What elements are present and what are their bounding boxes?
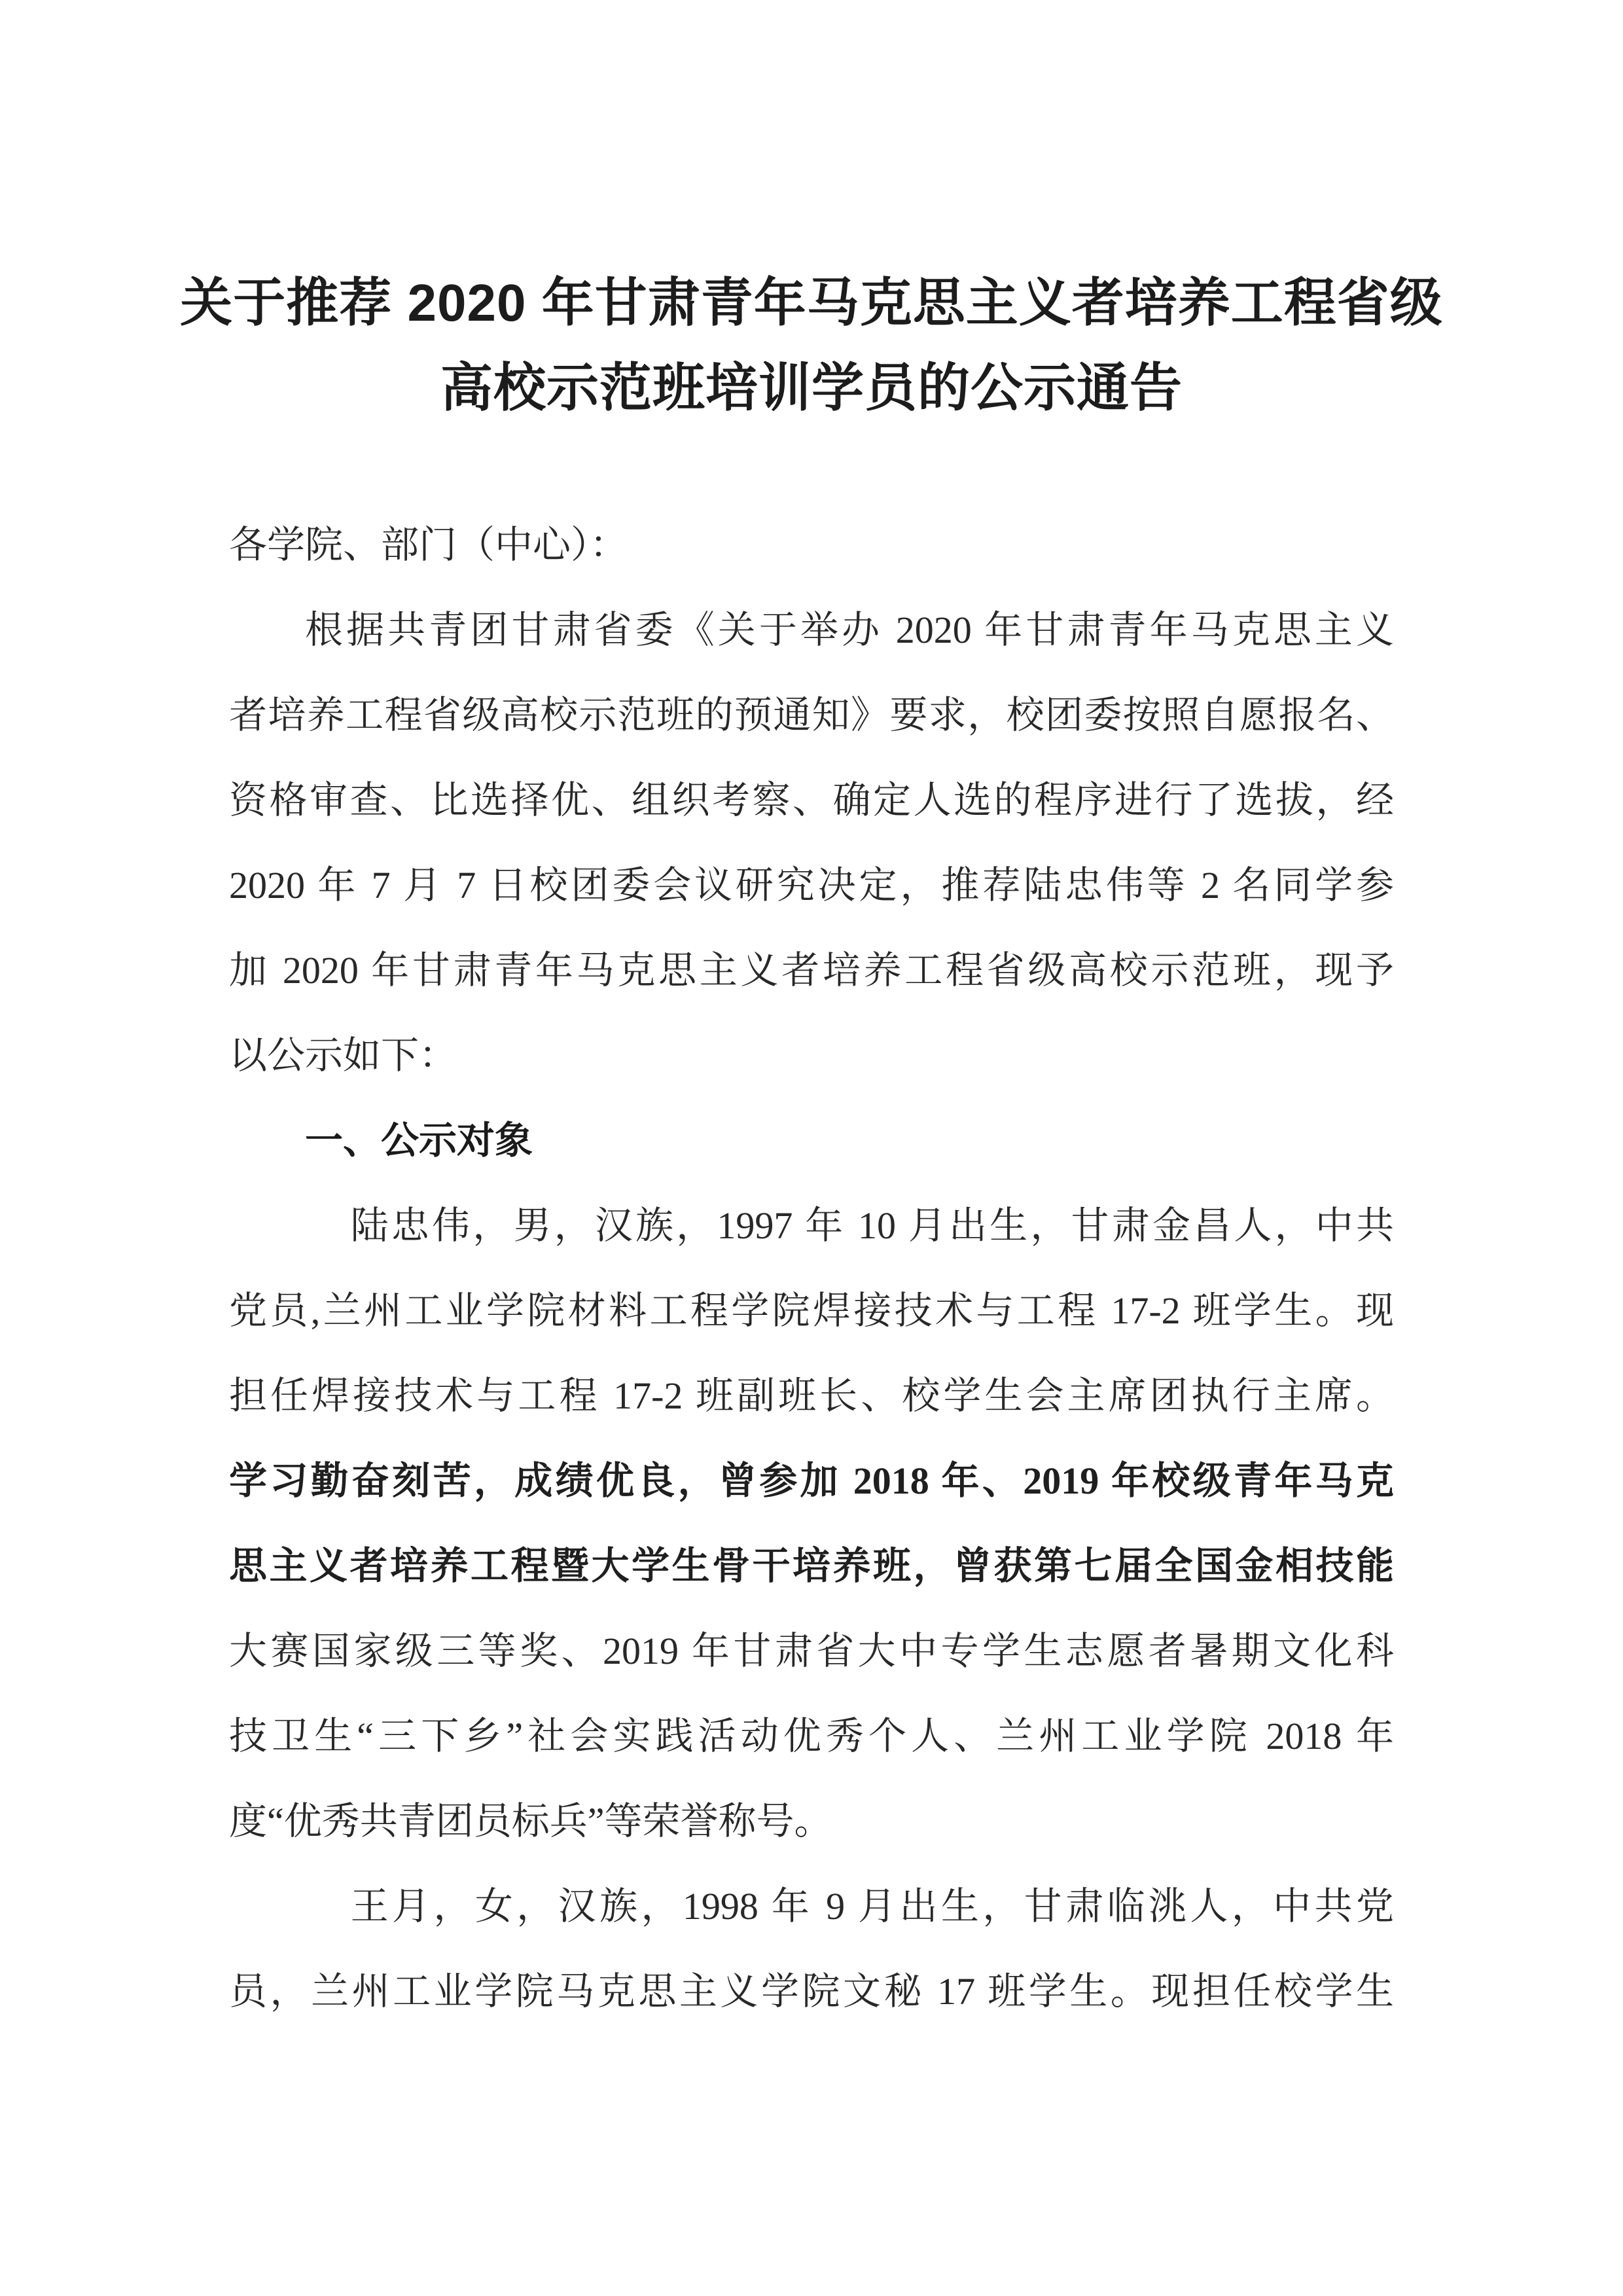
body-line: 技卫生“三下乡”社会实践活动优秀个人、兰州工业学院 2018 年 <box>229 1694 1394 1779</box>
body-line: 2020 年 7 月 7 日校团委会议研究决定，推荐陆忠伟等 2 名同学参 <box>229 843 1394 928</box>
document-page: 关于推荐 2020 年甘肃青年马克思主义者培养工程省级 高校示范班培训学员的公示… <box>0 0 1623 2296</box>
document-title-line1: 关于推荐 2020 年甘肃青年马克思主义者培养工程省级 <box>0 260 1623 346</box>
body-line: 者培养工程省级高校示范班的预通知》要求，校团委按照自愿报名、 <box>229 673 1394 758</box>
document-title-line2: 高校示范班培训学员的公示通告 <box>0 346 1623 431</box>
body-line: 大赛国家级三等奖、2019 年甘肃省大中专学生志愿者暑期文化科 <box>229 1609 1394 1694</box>
body-line: 以公示如下： <box>229 1013 1394 1098</box>
body-line: 根据共青团甘肃省委《关于举办 2020 年甘肃青年马克思主义 <box>229 588 1394 673</box>
body-line: 资格审查、比选择优、组织考察、确定人选的程序进行了选拔，经 <box>229 758 1394 843</box>
body-line: 员，兰州工业学院马克思主义学院文秘 17 班学生。现担任校学生 <box>229 1949 1394 2034</box>
body-line: 担任焊接技术与工程 17-2 班副班长、校学生会主席团执行主席。 <box>229 1354 1394 1439</box>
body-line: 学习勤奋刻苦，成绩优良，曾参加 2018 年、2019 年校级青年马克 <box>229 1439 1394 1524</box>
body-line: 思主义者培养工程暨大学生骨干培养班，曾获第七届全国金相技能 <box>229 1524 1394 1609</box>
body-line: 加 2020 年甘肃青年马克思主义者培养工程省级高校示范班，现予 <box>229 928 1394 1013</box>
document-body: 各学院、部门（中心）：根据共青团甘肃省委《关于举办 2020 年甘肃青年马克思主… <box>229 503 1394 2034</box>
body-line: 陆忠伟，男，汉族，1997 年 10 月出生，甘肃金昌人，中共 <box>229 1183 1394 1268</box>
document-title: 关于推荐 2020 年甘肃青年马克思主义者培养工程省级 高校示范班培训学员的公示… <box>0 0 1623 431</box>
section-heading: 一、公示对象 <box>229 1098 1394 1183</box>
body-line: 度“优秀共青团员标兵”等荣誉称号。 <box>229 1779 1394 1864</box>
salutation: 各学院、部门（中心）： <box>229 503 1394 588</box>
body-line: 王月，女，汉族，1998 年 9 月出生，甘肃临洮人，中共党 <box>229 1864 1394 1949</box>
body-line: 党员,兰州工业学院材料工程学院焊接技术与工程 17-2 班学生。现 <box>229 1268 1394 1354</box>
